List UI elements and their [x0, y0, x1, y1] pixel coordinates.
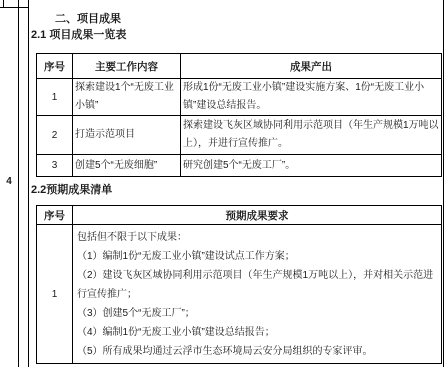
content-cell-right-border-line	[443, 0, 444, 367]
section-title: 二、项目成果	[55, 10, 121, 26]
output-header-cell: 成果产出	[181, 54, 442, 79]
requirement-line: （2）建设飞灰区域协同利用示范项目（年生产规模1万吨以上），并对相关示范进行宣传…	[77, 266, 437, 304]
requirement-line: （1）编制1份“无废工业小镇”建设试点工作方案；	[77, 247, 437, 266]
prev-row-bottom-border-line	[0, 7, 29, 8]
work-cell: 探索建设1个“无废工业小镇”	[73, 79, 181, 116]
project-results-table: 序号 主要工作内容 成果产出 1 探索建设1个“无废工业小镇” 形成1份“无废工…	[36, 53, 442, 177]
work-cell: 打造示范项目	[73, 116, 181, 155]
prev-row-left-border-line	[3, 0, 4, 7]
serial-cell: 1	[37, 79, 73, 116]
table-header-row: 序号 预期成果要求	[37, 206, 442, 225]
work-cell: 创建5个“无废细胞”	[73, 155, 181, 177]
work-content-header-cell: 主要工作内容	[73, 54, 181, 79]
requirement-line: （3）创建5个“无废工厂”；	[77, 304, 437, 323]
serial-cell: 1	[37, 225, 73, 364]
serial-cell: 2	[37, 116, 73, 155]
requirement-line: （4）编制1份“无废工业小镇”建设总结报告；	[77, 323, 437, 342]
outer-row-number: 4	[0, 176, 18, 187]
expected-results-table: 序号 预期成果要求 1 包括但不限于以下成果： （1）编制1份“无废工业小镇”建…	[36, 205, 442, 364]
serial-cell: 3	[37, 155, 73, 177]
subsection-2-1-title: 2.1 项目成果一览表	[31, 26, 126, 42]
requirement-line: （5）所有成果均通过云浮市生态环境局云安分局组织的专家评审。	[77, 342, 437, 361]
table-row: 1 包括但不限于以下成果： （1）编制1份“无废工业小镇”建设试点工作方案； （…	[37, 225, 442, 364]
expected-requirements-header-cell: 预期成果要求	[73, 206, 442, 225]
requirement-line: 包括但不限于以下成果：	[77, 228, 437, 247]
document-page: 4 二、项目成果 2.1 项目成果一览表 序号 主要工作内容 成果产出 1 探索…	[0, 0, 446, 367]
table-row: 1 探索建设1个“无废工业小镇” 形成1份“无废工业小镇”建设实施方案、1份“无…	[37, 79, 442, 116]
serial-header-cell: 序号	[37, 54, 73, 79]
content-cell: 二、项目成果 2.1 项目成果一览表 序号 主要工作内容 成果产出 1 探索建设…	[29, 0, 443, 367]
outer-table-column-border-line	[18, 0, 19, 367]
table-row: 3 创建5个“无废细胞” 研究创建5个“无废工厂”。	[37, 155, 442, 177]
table-header-row: 序号 主要工作内容 成果产出	[37, 54, 442, 79]
serial-header-cell: 序号	[37, 206, 73, 225]
expected-requirements-cell: 包括但不限于以下成果： （1）编制1份“无废工业小镇”建设试点工作方案； （2）…	[73, 225, 442, 364]
output-cell: 探索建设飞灰区域协同利用示范项目（年生产规模1万吨以上），并进行宣传推广。	[181, 116, 442, 155]
output-cell: 研究创建5个“无废工厂”。	[181, 155, 442, 177]
subsection-2-2-title: 2.2预期成果清单	[31, 181, 112, 197]
output-cell: 形成1份“无废工业小镇”建设实施方案、1份“无废工业小镇”建设总结报告。	[181, 79, 442, 116]
table-row: 2 打造示范项目 探索建设飞灰区域协同利用示范项目（年生产规模1万吨以上），并进…	[37, 116, 442, 155]
